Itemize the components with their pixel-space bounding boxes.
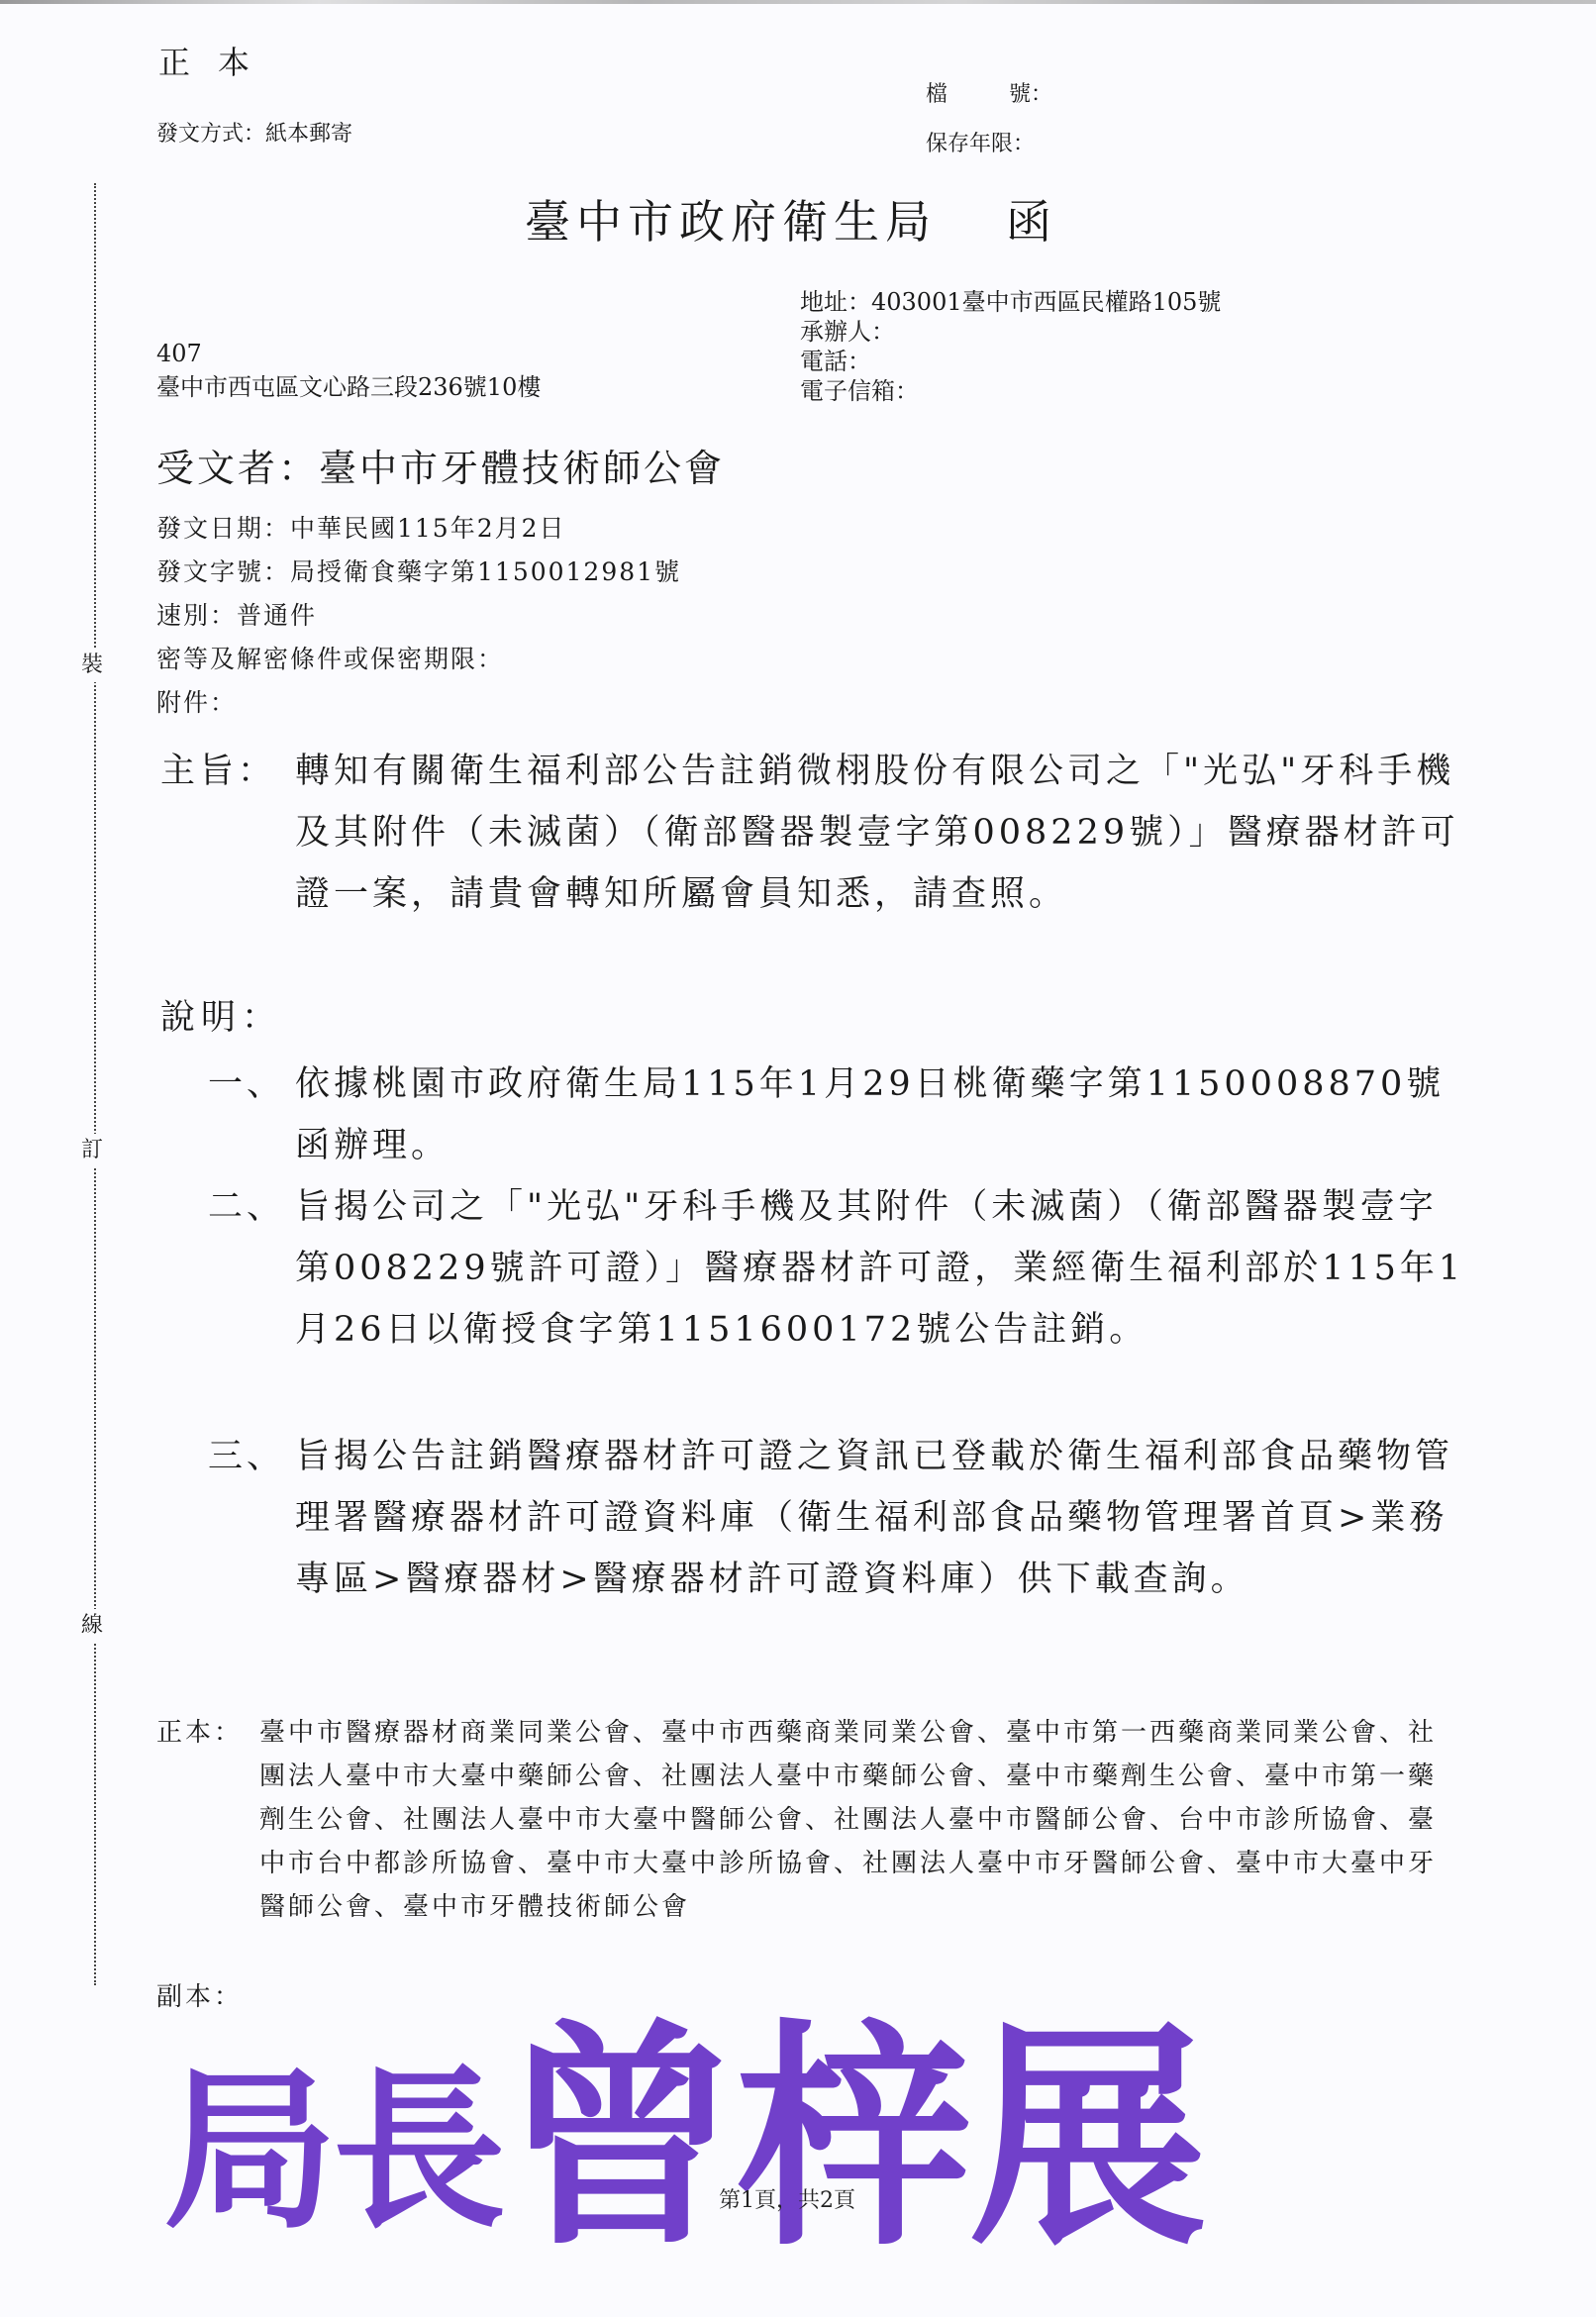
sender-phone: 電話： xyxy=(800,347,1221,376)
file-number-label: 檔號： xyxy=(926,77,1052,108)
priority: 速別：普通件 xyxy=(156,594,681,638)
cc-recipients: 臺中市醫療器材商業同業公會、臺中市西藥商業同業公會、臺中市第一西藥商業同業公會、… xyxy=(259,1711,1444,1929)
agency-name: 臺中市政府衛生局 xyxy=(525,195,937,249)
sender-email: 電子信箱： xyxy=(800,376,1221,406)
scan-top-edge xyxy=(0,0,1596,4)
attachments: 附件： xyxy=(156,681,681,725)
explanation-item: 三、 旨揭公告註銷醫療器材許可證之資訊已登載於衛生福利部食品藥物管理署醫療器材許… xyxy=(208,1426,1467,1610)
item-number: 三、 xyxy=(208,1426,285,1487)
subject-text: 轉知有關衛生福利部公告註銷微栩股份有限公司之「"光弘"牙科手機及其附件（未滅菌）… xyxy=(295,741,1467,925)
item-text: 依據桃園市政府衛生局115年1月29日桃衛藥字第1150008870號函辦理。 xyxy=(295,1054,1467,1176)
subject-label: 主旨： xyxy=(160,741,276,802)
item-number: 二、 xyxy=(208,1176,285,1238)
copy-mark: 正本 xyxy=(158,38,277,83)
subject-section: 主旨： 轉知有關衛生福利部公告註銷微栩股份有限公司之「"光弘"牙科手機及其附件（… xyxy=(160,741,1467,925)
binding-char-zhuang: 裝 xyxy=(81,649,103,682)
signature-title: 局長 xyxy=(163,2052,502,2253)
document-title: 臺中市政府衛生局函 xyxy=(525,186,1057,252)
retention-label: 保存年限： xyxy=(926,127,1035,157)
explanation-item: 二、 旨揭公司之「"光弘"牙科手機及其附件（未滅菌）（衛部醫器製壹字第00822… xyxy=(208,1176,1467,1360)
document-number: 發文字號：局授衛食藥字第1150012981號 xyxy=(156,551,681,594)
recipient-address: 407 臺中市西屯區文心路三段236號10樓 xyxy=(156,337,541,404)
binding-dotted-line xyxy=(94,183,96,1985)
explanation-label: 說明： xyxy=(160,990,282,1040)
item-text: 旨揭公司之「"光弘"牙科手機及其附件（未滅菌）（衛部醫器製壹字第008229號許… xyxy=(295,1176,1467,1360)
sender-handler: 承辦人： xyxy=(800,317,1221,347)
copy-label: 副本： xyxy=(156,1976,243,2013)
signature-name: 曾梓展 xyxy=(502,2000,1203,2277)
signature-stamp: 局長曾梓展 xyxy=(163,2020,1203,2272)
street-address: 臺中市西屯區文心路三段236號10樓 xyxy=(156,370,541,404)
item-text: 旨揭公告註銷醫療器材許可證之資訊已登載於衛生福利部食品藥物管理署醫療器材許可證資… xyxy=(295,1426,1467,1610)
sender-address: 地址：403001臺中市西區民權路105號 xyxy=(800,287,1221,317)
cc-label: 正本： xyxy=(156,1711,243,1755)
distribution-original: 正本： 臺中市醫療器材商業同業公會、臺中市西藥商業同業公會、臺中市第一西藥商業同… xyxy=(156,1711,1444,1929)
explanation-item: 一、 依據桃園市政府衛生局115年1月29日桃衛藥字第1150008870號函辦… xyxy=(208,1054,1467,1176)
file-number-label-a: 檔 xyxy=(926,82,948,107)
document-meta: 發文日期：中華民國115年2月2日 發文字號：局授衛食藥字第1150012981… xyxy=(156,507,681,725)
binding-char-xian: 線 xyxy=(81,1609,103,1643)
item-number: 一、 xyxy=(208,1054,285,1115)
issue-date: 發文日期：中華民國115年2月2日 xyxy=(156,507,681,551)
send-method: 發文方式：紙本郵寄 xyxy=(156,117,352,148)
classification: 密等及解密條件或保密期限： xyxy=(156,638,681,681)
sender-contact: 地址：403001臺中市西區民權路105號 承辦人： 電話： 電子信箱： xyxy=(800,287,1221,406)
binding-char-ding: 訂 xyxy=(81,1134,103,1167)
recipient: 受文者：臺中市牙體技術師公會 xyxy=(156,438,725,492)
page-number: 第1頁，共2頁 xyxy=(719,2183,855,2214)
postal-code: 407 xyxy=(156,337,541,370)
document-type: 函 xyxy=(1006,195,1057,249)
file-number-label-b: 號： xyxy=(1009,82,1052,107)
